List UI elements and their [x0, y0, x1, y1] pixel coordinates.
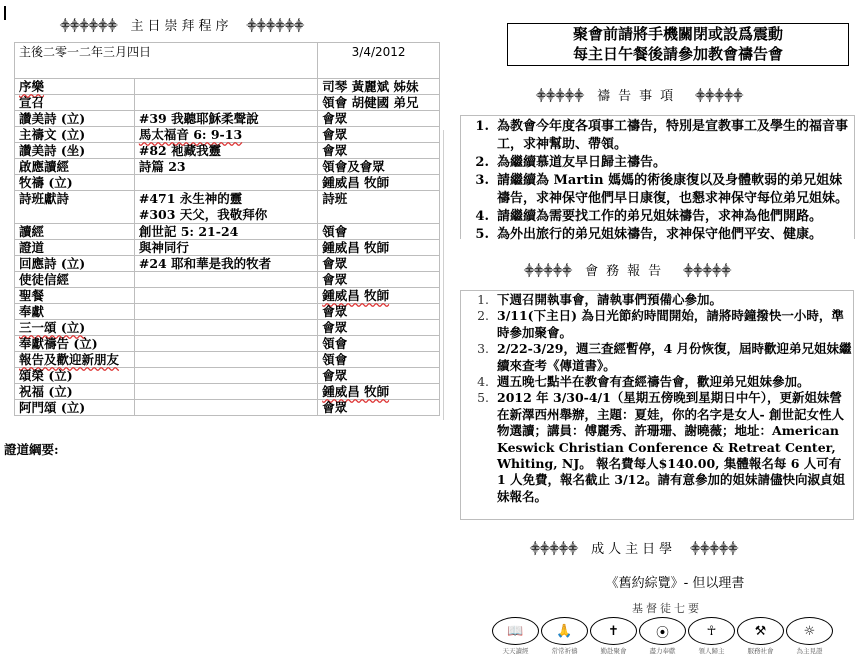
table-row: 讚美詩 (坐)#82 祂藏我靈會眾 [15, 143, 440, 159]
essential-caption: 為主見證 [797, 646, 823, 655]
item-name: 報告及歡迎新朋友 [19, 352, 119, 367]
prayer-heading: ⸎⸎⸎⸎⸎ 禱告事項 ⸎⸎⸎⸎⸎ [536, 85, 742, 104]
essential-caption: 勤赴聚會 [601, 646, 627, 655]
item-leader: 會眾 [318, 143, 440, 159]
ornament-right: ⸎⸎⸎⸎⸎ [695, 88, 742, 102]
item-name: 牧禱 (立) [15, 175, 135, 191]
service-icon: ⚒ [737, 617, 784, 645]
list-item: 4.請繼續為需要找工作的弟兄姐妹禱告，求神為他們開路。 [461, 208, 854, 226]
item-leader: 鍾威昌 牧師 [318, 240, 440, 256]
item-number: 4. [461, 208, 497, 226]
item-content: 詩篇 23 [134, 159, 317, 175]
item-leader: 會眾 [318, 320, 440, 336]
item-name: 主禱文 (立) [15, 127, 135, 143]
sermon-outline-label: 證道綱要: [4, 440, 59, 458]
list-item: 2.3/11(下主日) 為日光節約時間開始，請將時鐘撥快一小時，準時參加聚會。 [461, 308, 853, 341]
essential-item: ⦿盡力奉獻 [639, 617, 686, 655]
item-content [134, 400, 317, 416]
item-text: 3/11(下主日) 為日光節約時間開始，請將時鐘撥快一小時，準時參加聚會。 [497, 308, 853, 341]
item-content: #24 耶和華是我的牧者 [134, 256, 317, 272]
offering-icon: ⦿ [639, 617, 686, 645]
table-row: 奉獻會眾 [15, 304, 440, 320]
item-text: 下週召開執事會，請執事們預備心參加。 [497, 292, 853, 308]
meeting-list-box: 1.下週召開執事會，請執事們預備心參加。 2.3/11(下主日) 為日光節約時間… [460, 290, 854, 520]
item-name: 回應詩 (立) [15, 256, 135, 272]
table-row: 牧禱 (立)鍾威昌 牧師 [15, 175, 440, 191]
list-item: 1.為教會今年度各項事工禱告，特別是宣教事工及學生的福音事工，求神幫助、帶領。 [461, 118, 854, 154]
column-divider [443, 130, 444, 420]
item-leader: 詩班 [318, 191, 440, 224]
item-name: 讀經 [15, 224, 135, 240]
date-row: 主後二零一二年三月四日 3/4/2012 [15, 43, 440, 79]
ornament-right: ⸎⸎⸎⸎⸎ [683, 263, 730, 277]
date-chinese: 主後二零一二年三月四日 [15, 43, 318, 79]
table-row: 報告及歡迎新朋友領會 [15, 352, 440, 368]
item-leader: 鍾威昌 牧師 [318, 175, 440, 191]
sunday-school-subtitle: 《舊約綜覽》- 但以理書 [560, 572, 790, 591]
essential-caption: 盡力奉獻 [650, 646, 676, 655]
item-name: 祝福 (立) [15, 384, 135, 400]
prayer-title: 禱告事項 [597, 85, 681, 104]
item-number: 1. [461, 292, 497, 308]
item-name: 讚美詩 (立) [15, 111, 135, 127]
item-leader: 領會 [318, 352, 440, 368]
essential-item: ☥領人歸主 [688, 617, 735, 655]
essential-caption: 天天讀經 [503, 646, 529, 655]
list-item: 2.為繼續慕道友早日歸主禱告。 [461, 154, 854, 172]
essential-item: 📖天天讀經 [492, 617, 539, 655]
item-leader: 領會 [318, 224, 440, 240]
list-item: 3.2/22-3/29，週三查經暫停，4 月份恢復，屆時歡迎弟兄姐妹繼續來查考《… [461, 341, 853, 374]
item-leader: 領會 [318, 336, 440, 352]
essential-item: ☼為主見證 [786, 617, 833, 655]
item-content [134, 175, 317, 191]
essential-item: ⚒服務社會 [737, 617, 784, 655]
seven-essentials: 基督徒七要 📖天天讀經 🙏常常祈禱 ✝勤赴聚會 ⦿盡力奉獻 ☥領人歸主 ⚒服務社… [492, 600, 862, 655]
ornament-left: ⸎⸎⸎⸎⸎⸎ [60, 18, 117, 32]
item-leader: 會眾 [318, 368, 440, 384]
table-row: 宣召領會 胡健國 弟兄 [15, 95, 440, 111]
item-text: 為外出旅行的弟兄姐妹禱告，求神保守他們平安、健康。 [497, 226, 854, 244]
worship-order-table: 主後二零一二年三月四日 3/4/2012 序樂司琴 黃麗斌 姊妹 宣召領會 胡健… [14, 42, 440, 416]
item-name: 證道 [15, 240, 135, 256]
item-name: 使徒信經 [15, 272, 135, 288]
essential-caption: 常常祈禱 [552, 646, 578, 655]
item-leader: 鍾威昌 牧師 [322, 384, 389, 399]
item-number: 5. [461, 390, 497, 505]
essential-item: ✝勤赴聚會 [590, 617, 637, 655]
table-row: 主禱文 (立)馬太福音 6: 9-13會眾 [15, 127, 440, 143]
item-number: 2. [461, 154, 497, 172]
item-leader: 會眾 [318, 256, 440, 272]
item-name: 宣召 [15, 95, 135, 111]
item-number: 3. [461, 172, 497, 208]
item-leader: 會眾 [318, 272, 440, 288]
item-leader: 領會 胡健國 弟兄 [318, 95, 440, 111]
item-number: 1. [461, 118, 497, 154]
sunday-school-heading: ⸎⸎⸎⸎⸎ 成人主日學 ⸎⸎⸎⸎⸎ [530, 538, 737, 557]
ornament-left: ⸎⸎⸎⸎⸎ [524, 263, 571, 277]
worship-program-title: 主日崇拜程序 [131, 15, 233, 34]
item-content: #471 永生神的靈 #303 天父，我敬拜你 [134, 191, 317, 224]
list-item: 5.為外出旅行的弟兄姐妹禱告，求神保守他們平安、健康。 [461, 226, 854, 244]
meeting-heading: ⸎⸎⸎⸎⸎ 會務報告 ⸎⸎⸎⸎⸎ [524, 260, 730, 279]
item-name: 阿門頌 (立) [15, 400, 135, 416]
seven-essentials-icons: 📖天天讀經 🙏常常祈禱 ✝勤赴聚會 ⦿盡力奉獻 ☥領人歸主 ⚒服務社會 ☼為主見… [492, 617, 862, 655]
item-content [134, 368, 317, 384]
choir-hymn-1: #471 永生神的靈 [139, 191, 313, 207]
ornament-left: ⸎⸎⸎⸎⸎ [536, 88, 583, 102]
item-number: 4. [461, 374, 497, 390]
notice-line-2: 每主日午餐後請參加教會禱告會 [508, 44, 848, 64]
essential-caption: 服務社會 [748, 646, 774, 655]
item-name: 奉獻 [15, 304, 135, 320]
evangelism-icon: ☥ [688, 617, 735, 645]
essential-caption: 領人歸主 [699, 646, 725, 655]
table-row: 頌榮 (立)會眾 [15, 368, 440, 384]
praying-icon: 🙏 [541, 617, 588, 645]
table-row: 使徒信經會眾 [15, 272, 440, 288]
item-number: 3. [461, 341, 497, 374]
item-number: 5. [461, 226, 497, 244]
item-text: 週五晚七點半在教會有查經禱告會，歡迎弟兄姐妹參加。 [497, 374, 853, 390]
meeting-list: 1.下週召開執事會，請執事們預備心參加。 2.3/11(下主日) 為日光節約時間… [461, 292, 853, 505]
table-row: 讀經創世記 5: 21-24領會 [15, 224, 440, 240]
table-row: 阿門頌 (立)會眾 [15, 400, 440, 416]
item-text: 請繼續為需要找工作的弟兄姐妹禱告，求神為他們開路。 [497, 208, 854, 226]
list-item: 5.2012 年 3/30-4/1（星期五傍晚到星期日中午），更新姐妹營在新澤西… [461, 390, 853, 505]
table-row: 詩班獻詩 #471 永生神的靈 #303 天父，我敬拜你 詩班 [15, 191, 440, 224]
witness-icon: ☼ [786, 617, 833, 645]
list-item: 1.下週召開執事會，請執事們預備心參加。 [461, 292, 853, 308]
item-name: 聖餐 [15, 288, 135, 304]
notice-line-1: 聚會前請將手機關閉或設爲震動 [508, 24, 848, 44]
worship-program-heading: ⸎⸎⸎⸎⸎⸎ 主日崇拜程序 ⸎⸎⸎⸎⸎⸎ [60, 15, 303, 34]
item-name: 詩班獻詩 [15, 191, 135, 224]
item-leader: 會眾 [318, 304, 440, 320]
item-content: 與神同行 [134, 240, 317, 256]
essential-item: 🙏常常祈禱 [541, 617, 588, 655]
list-item: 4.週五晚七點半在教會有查經禱告會，歡迎弟兄姐妹參加。 [461, 374, 853, 390]
congregation-icon: ✝ [590, 617, 637, 645]
item-content [134, 95, 317, 111]
date-numeric: 3/4/2012 [318, 43, 440, 79]
item-text: 請繼續為 Martin 媽媽的術後康復以及身體軟弱的弟兄姐妹禱告，求神保守他們早… [497, 172, 854, 208]
item-leader: 會眾 [318, 127, 440, 143]
item-content [134, 288, 317, 304]
prayer-list-box: 1.為教會今年度各項事工禱告，特別是宣教事工及學生的福音事工，求神幫助、帶領。 … [460, 115, 855, 239]
item-content: #39 我聽耶穌柔聲說 [134, 111, 317, 127]
item-content [134, 336, 317, 352]
ornament-right: ⸎⸎⸎⸎⸎⸎ [247, 18, 304, 32]
list-item: 3.請繼續為 Martin 媽媽的術後康復以及身體軟弱的弟兄姐妹禱告，求神保守他… [461, 172, 854, 208]
item-name: 奉獻禱告 (立) [15, 336, 135, 352]
table-row: 祝福 (立)鍾威昌 牧師 [15, 384, 440, 400]
table-row: 讚美詩 (立)#39 我聽耶穌柔聲說會眾 [15, 111, 440, 127]
item-content [134, 304, 317, 320]
item-content [134, 384, 317, 400]
choir-hymn-2: #303 天父，我敬拜你 [139, 207, 313, 223]
table-row: 奉獻禱告 (立)領會 [15, 336, 440, 352]
item-number: 2. [461, 308, 497, 341]
item-content: #82 祂藏我靈 [134, 143, 317, 159]
item-text: 2/22-3/29，週三查經暫停，4 月份恢復，屆時歡迎弟兄姐妹繼續來查考《傳道… [497, 341, 853, 374]
meeting-title: 會務報告 [585, 260, 669, 279]
item-content [134, 320, 317, 336]
table-row: 三一頌 (立)會眾 [15, 320, 440, 336]
item-leader: 會眾 [318, 111, 440, 127]
seven-essentials-title: 基督徒七要 [472, 600, 862, 616]
item-text: 為教會今年度各項事工禱告，特別是宣教事工及學生的福音事工，求神幫助、帶領。 [497, 118, 854, 154]
ornament-right: ⸎⸎⸎⸎⸎ [690, 541, 737, 555]
table-row: 回應詩 (立)#24 耶和華是我的牧者會眾 [15, 256, 440, 272]
item-name: 序樂 [19, 79, 44, 94]
item-text: 2012 年 3/30-4/1（星期五傍晚到星期日中午），更新姐妹營在新澤西州舉… [497, 390, 853, 505]
item-content [134, 272, 317, 288]
reading-bible-icon: 📖 [492, 617, 539, 645]
item-leader: 司琴 黃麗斌 姊妹 [318, 79, 440, 95]
item-content [134, 79, 317, 95]
item-name: 啟應讀經 [15, 159, 135, 175]
prayer-list: 1.為教會今年度各項事工禱告，特別是宣教事工及學生的福音事工，求神幫助、帶領。 … [461, 118, 854, 244]
item-leader: 會眾 [318, 400, 440, 416]
item-name: 讚美詩 (坐) [15, 143, 135, 159]
item-content [134, 352, 317, 368]
table-row: 啟應讀經詩篇 23領會及會眾 [15, 159, 440, 175]
item-leader: 領會及會眾 [318, 159, 440, 175]
item-content: 馬太福音 6: 9-13 [139, 127, 242, 142]
item-text: 為繼續慕道友早日歸主禱告。 [497, 154, 854, 172]
text-cursor [4, 6, 6, 20]
table-row: 聖餐鍾威昌 牧師 [15, 288, 440, 304]
table-row: 序樂司琴 黃麗斌 姊妹 [15, 79, 440, 95]
table-row: 證道與神同行鍾威昌 牧師 [15, 240, 440, 256]
item-name: 三一頌 (立) [19, 320, 85, 335]
item-leader: 鍾威昌 牧師 [322, 288, 389, 303]
item-content: 創世記 5: 21-24 [134, 224, 317, 240]
item-name: 頌榮 (立) [15, 368, 135, 384]
ornament-left: ⸎⸎⸎⸎⸎ [530, 541, 577, 555]
sunday-school-title: 成人主日學 [591, 538, 676, 557]
phone-notice-box: 聚會前請將手機關閉或設爲震動 每主日午餐後請參加教會禱告會 [507, 23, 849, 66]
